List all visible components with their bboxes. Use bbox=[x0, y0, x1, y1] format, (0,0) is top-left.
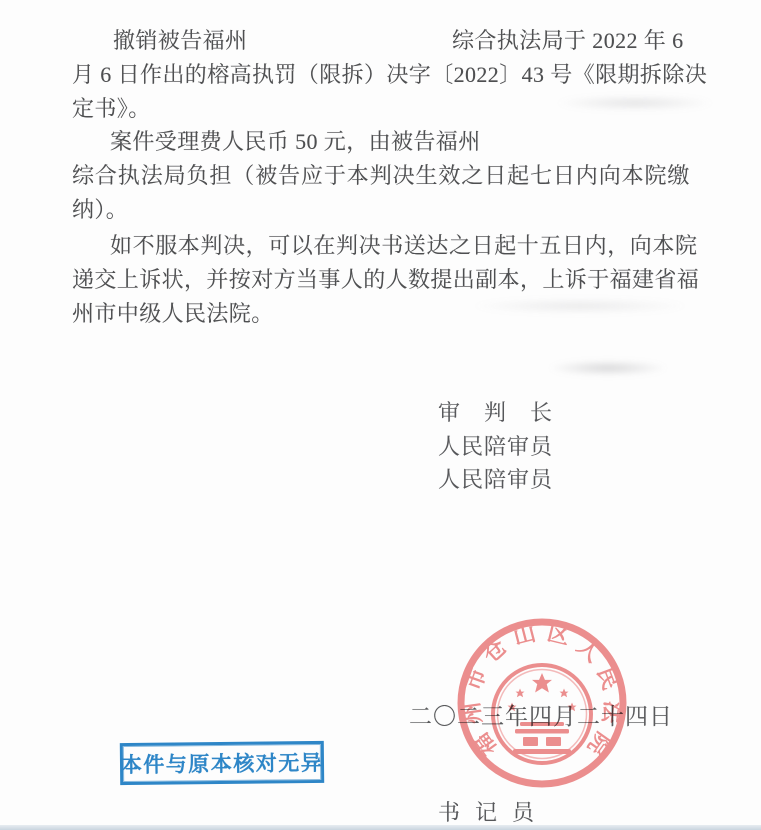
emblem-star-small bbox=[560, 689, 569, 698]
clerk-label: 书记员 bbox=[438, 796, 549, 827]
people-assessor-label-2: 人民陪审员 bbox=[438, 463, 553, 494]
scanned-judgment-page: 撤销被告福州 综合执法局于 2022 年 6 月 6 日作出的榕高执罚（限拆）决… bbox=[0, 0, 761, 830]
emblem-star-big bbox=[532, 673, 552, 693]
court-fee-line-1: 案件受理费人民币 50 元，由被告福州 bbox=[110, 125, 481, 156]
seal-national-emblem bbox=[493, 665, 591, 763]
emblem-star-small bbox=[568, 703, 577, 712]
emblem-star-small bbox=[516, 689, 525, 698]
court-fee-line-2: 综合执法局负担（被告应于本判决生效之日起七日内向本院缴 bbox=[72, 159, 690, 190]
emblem-star-small bbox=[508, 703, 517, 712]
appeal-notice-line-3: 州市中级人民法院。 bbox=[72, 297, 274, 328]
emblem-gate bbox=[513, 722, 571, 754]
judgment-line-revoke-right: 综合执法局于 2022 年 6 bbox=[452, 24, 684, 55]
scan-artifact bbox=[548, 360, 668, 376]
scan-artifact bbox=[555, 95, 715, 111]
court-fee-line-3: 纳）。 bbox=[72, 193, 128, 224]
judgment-line-decision-no: 月 6 日作出的榕高执罚（限拆）决字〔2022〕43 号《限期拆除决 bbox=[72, 58, 707, 89]
presiding-judge-label: 审 判 长 bbox=[438, 396, 553, 427]
judgment-line-revoke-left: 撤销被告福州 bbox=[113, 24, 247, 55]
scan-artifact bbox=[470, 298, 690, 314]
verification-stamp-text: 本件与原本核对无异 bbox=[121, 747, 324, 779]
scanner-edge-shadow bbox=[0, 825, 761, 830]
court-seal: 福州市仓山区人民法院 bbox=[454, 615, 630, 791]
people-assessor-label-1: 人民陪审员 bbox=[438, 430, 553, 461]
appeal-notice-line-1: 如不服本判决，可以在判决书送达之日起十五日内，向本院 bbox=[110, 229, 698, 260]
seal-court-name: 福州市仓山区人民法院 bbox=[458, 620, 625, 761]
verification-stamp: 本件与原本核对无异 bbox=[120, 741, 324, 785]
judgment-line-decision-end: 定书》。 bbox=[72, 92, 151, 123]
appeal-notice-line-2: 递交上诉状，并按对方当事人的人数提出副本，上诉于福建省福 bbox=[72, 263, 699, 294]
